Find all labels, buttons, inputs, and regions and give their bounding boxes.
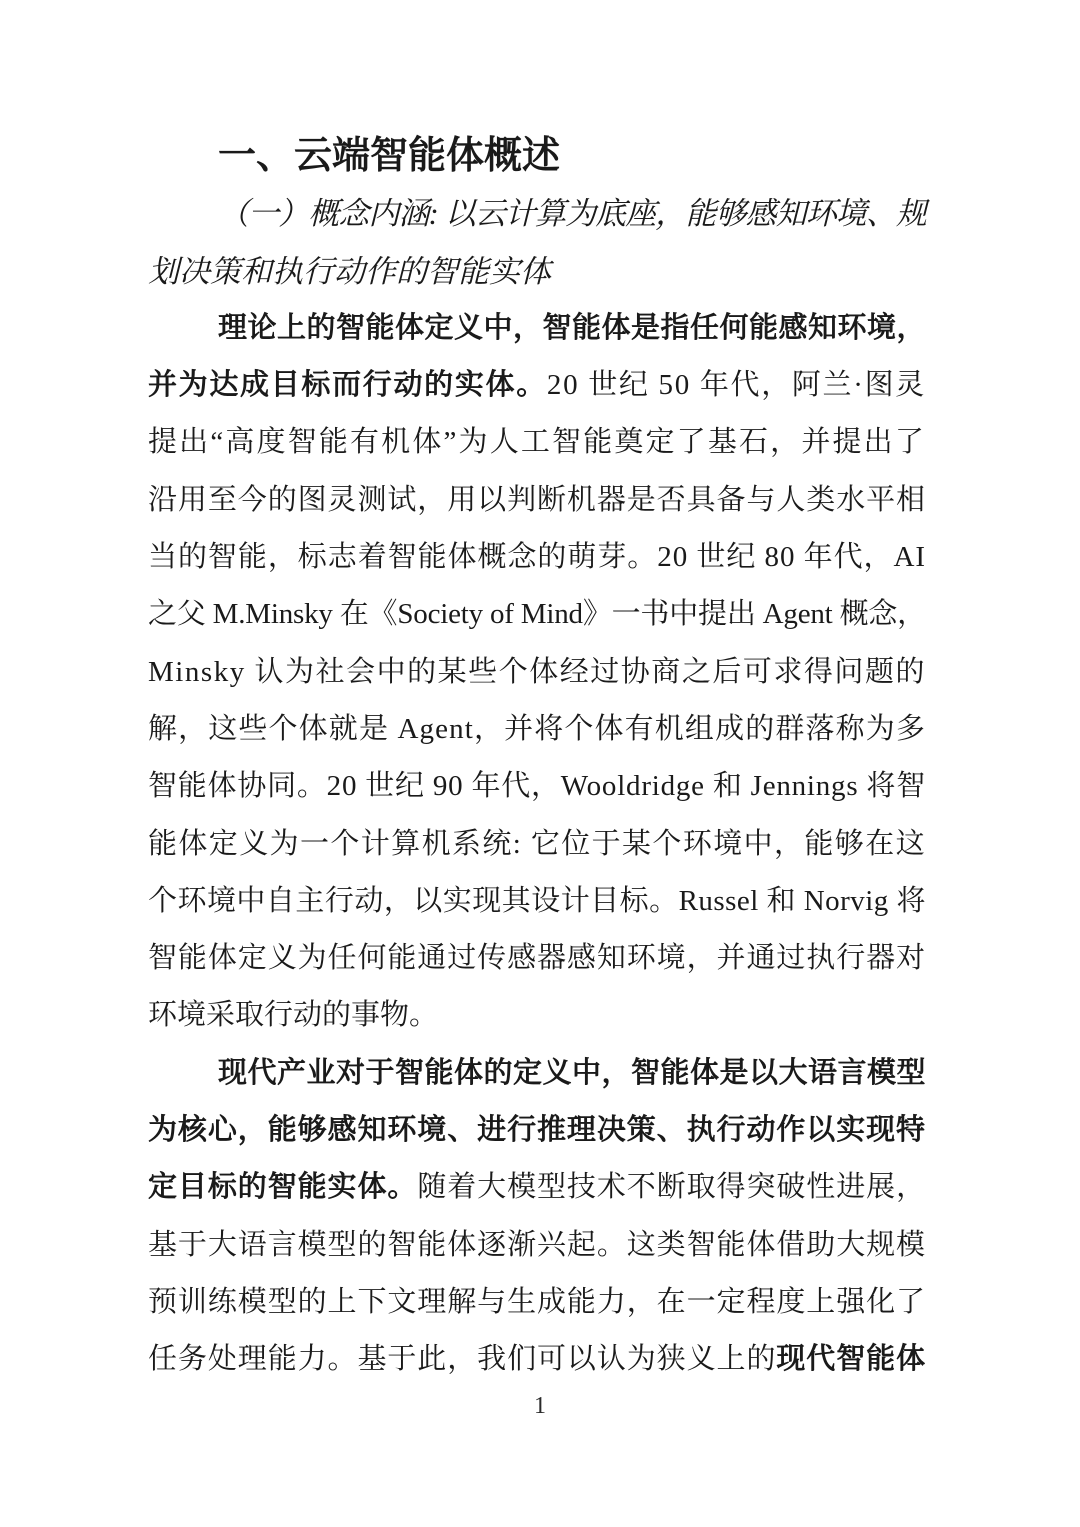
para1-line-9: 智能体协同。20 世纪 90 年代，Wooldridge 和 Jennings … xyxy=(148,758,926,815)
para1-line-7: Minsky 认为社会中的某些个体经过协商之后可求得问题的 xyxy=(148,644,926,701)
para1-line-10: 能体定义为一个计算机系统: 它位于某个环境中，能够在这 xyxy=(148,816,926,873)
text-segment: Minsky 认为社会中的某些个体经过协商之后可求得问题的 xyxy=(148,656,926,688)
line-segments: 现代产业对于智能体的定义中，智能体是以大语言模型 xyxy=(218,1057,926,1089)
text-segment: 任务处理能力。基于此，我们可以认为狭义上的 xyxy=(148,1343,776,1375)
para1-line-1: 理论上的智能体定义中，智能体是指任何能感知环境， xyxy=(148,300,926,357)
line-segments: 个环境中自主行动，以实现其设计目标。Russel 和 Norvig 将 xyxy=(148,885,926,917)
line-segments: 当的智能，标志着智能体概念的萌芽。20 世纪 80 年代，AI xyxy=(148,541,926,573)
text-segment: 解，这些个体就是 Agent，并将个体有机组成的群落称为多 xyxy=(148,713,926,745)
para1-line-5: 当的智能，标志着智能体概念的萌芽。20 世纪 80 年代，AI xyxy=(148,529,926,586)
text-segment: 为核心，能够感知环境、进行推理决策、执行动作以实现特 xyxy=(148,1114,926,1146)
para2-line-4: 基于大语言模型的智能体逐渐兴起。这类智能体借助大规模 xyxy=(148,1217,926,1274)
para1-line-11: 个环境中自主行动，以实现其设计目标。Russel 和 Norvig 将 xyxy=(148,873,926,930)
page-number: 1 xyxy=(0,1393,1080,1420)
text-segment: 能体定义为一个计算机系统: 它位于某个环境中，能够在这 xyxy=(148,828,926,860)
text-segment: 理论上的智能体定义中，智能体是指任何能感知环境， xyxy=(218,312,926,344)
para1-line-6: 之父 M.Minsky 在《Society of Mind》一书中提出 Agen… xyxy=(148,586,926,643)
text-segment: 随着大模型技术不断取得突破性进展， xyxy=(417,1171,926,1203)
line-segments: 提出“高度智能有机体”为人工智能奠定了基石，并提出了 xyxy=(148,426,926,458)
document-page: 一、云端智能体概述（一）概念内涵: 以云计算为底座，能够感知环境、规划决策和执行… xyxy=(0,0,1080,1527)
subheading-line-1: （一）概念内涵: 以云计算为底座，能够感知环境、规 xyxy=(148,185,926,242)
text-segment: 20 世纪 50 年代，阿兰·图灵 xyxy=(547,369,926,401)
line-segments: 划决策和执行动作的智能实体 xyxy=(148,257,551,289)
text-segment: 预训练模型的上下文理解与生成能力，在一定程度上强化了 xyxy=(148,1286,926,1318)
text-segment: 并为达成目标而行动的实体。 xyxy=(148,369,547,401)
line-segments: 能体定义为一个计算机系统: 它位于某个环境中，能够在这 xyxy=(148,828,926,860)
line-segments: 解，这些个体就是 Agent，并将个体有机组成的群落称为多 xyxy=(148,713,926,745)
line-segments: （一）概念内涵: 以云计算为底座，能够感知环境、规 xyxy=(218,199,926,231)
para1-line-2: 并为达成目标而行动的实体。20 世纪 50 年代，阿兰·图灵 xyxy=(148,357,926,414)
text-segment: 环境采取行动的事物。 xyxy=(148,999,438,1031)
text-segment: （一）概念内涵: 以云计算为底座，能够感知环境、规 xyxy=(218,196,926,231)
text-segment: 之父 M.Minsky 在《Society of Mind》一书中提出 Agen… xyxy=(148,598,926,630)
line-segments: 一、云端智能体概述 xyxy=(218,143,560,175)
line-segments: 为核心，能够感知环境、进行推理决策、执行动作以实现特 xyxy=(148,1114,926,1146)
text-segment: 现代产业对于智能体的定义中，智能体是以大语言模型 xyxy=(218,1057,926,1089)
para2-line-6: 任务处理能力。基于此，我们可以认为狭义上的现代智能体 xyxy=(148,1331,926,1388)
line-segments: 理论上的智能体定义中，智能体是指任何能感知环境， xyxy=(218,312,926,344)
subheading-line-2: 划决策和执行动作的智能实体 xyxy=(148,243,926,300)
line-segments: 基于大语言模型的智能体逐渐兴起。这类智能体借助大规模 xyxy=(148,1229,926,1261)
para1-line-8: 解，这些个体就是 Agent，并将个体有机组成的群落称为多 xyxy=(148,701,926,758)
text-segment: 智能体协同。20 世纪 90 年代，Wooldridge 和 Jennings … xyxy=(148,770,926,802)
para2-line-5: 预训练模型的上下文理解与生成能力，在一定程度上强化了 xyxy=(148,1274,926,1331)
para2-line-1: 现代产业对于智能体的定义中，智能体是以大语言模型 xyxy=(148,1045,926,1102)
line-segments: 预训练模型的上下文理解与生成能力，在一定程度上强化了 xyxy=(148,1286,926,1318)
text-segment: 当的智能，标志着智能体概念的萌芽。20 世纪 80 年代，AI xyxy=(148,541,926,573)
text-segment: 定目标的智能实体。 xyxy=(148,1171,417,1203)
para2-line-3: 定目标的智能实体。随着大模型技术不断取得突破性进展， xyxy=(148,1159,926,1216)
text-segment: 现代智能体 xyxy=(776,1343,926,1375)
heading: 一、云端智能体概述 xyxy=(148,128,926,185)
para1-line-13: 环境采取行动的事物。 xyxy=(148,987,926,1044)
para1-line-12: 智能体定义为任何能通过传感器感知环境，并通过执行器对 xyxy=(148,930,926,987)
document-body: 一、云端智能体概述（一）概念内涵: 以云计算为底座，能够感知环境、规划决策和执行… xyxy=(148,128,926,1389)
para2-line-2: 为核心，能够感知环境、进行推理决策、执行动作以实现特 xyxy=(148,1102,926,1159)
line-segments: 任务处理能力。基于此，我们可以认为狭义上的现代智能体 xyxy=(148,1343,926,1375)
line-segments: 之父 M.Minsky 在《Society of Mind》一书中提出 Agen… xyxy=(148,598,926,630)
text-segment: 提出“高度智能有机体”为人工智能奠定了基石，并提出了 xyxy=(148,426,926,458)
text-segment: 一、云端智能体概述 xyxy=(218,135,560,177)
line-segments: 环境采取行动的事物。 xyxy=(148,999,438,1031)
text-segment: 划决策和执行动作的智能实体 xyxy=(148,254,551,289)
line-segments: 沿用至今的图灵测试，用以判断机器是否具备与人类水平相 xyxy=(148,484,926,516)
text-segment: 个环境中自主行动，以实现其设计目标。Russel 和 Norvig 将 xyxy=(148,885,926,917)
line-segments: 并为达成目标而行动的实体。20 世纪 50 年代，阿兰·图灵 xyxy=(148,369,926,401)
line-segments: 定目标的智能实体。随着大模型技术不断取得突破性进展， xyxy=(148,1171,926,1203)
para1-line-4: 沿用至今的图灵测试，用以判断机器是否具备与人类水平相 xyxy=(148,472,926,529)
text-segment: 基于大语言模型的智能体逐渐兴起。这类智能体借助大规模 xyxy=(148,1229,926,1261)
text-segment: 智能体定义为任何能通过传感器感知环境，并通过执行器对 xyxy=(148,942,926,974)
text-segment: 沿用至今的图灵测试，用以判断机器是否具备与人类水平相 xyxy=(148,484,926,516)
line-segments: 智能体定义为任何能通过传感器感知环境，并通过执行器对 xyxy=(148,942,926,974)
para1-line-3: 提出“高度智能有机体”为人工智能奠定了基石，并提出了 xyxy=(148,414,926,471)
line-segments: Minsky 认为社会中的某些个体经过协商之后可求得问题的 xyxy=(148,656,926,688)
line-segments: 智能体协同。20 世纪 90 年代，Wooldridge 和 Jennings … xyxy=(148,770,926,802)
